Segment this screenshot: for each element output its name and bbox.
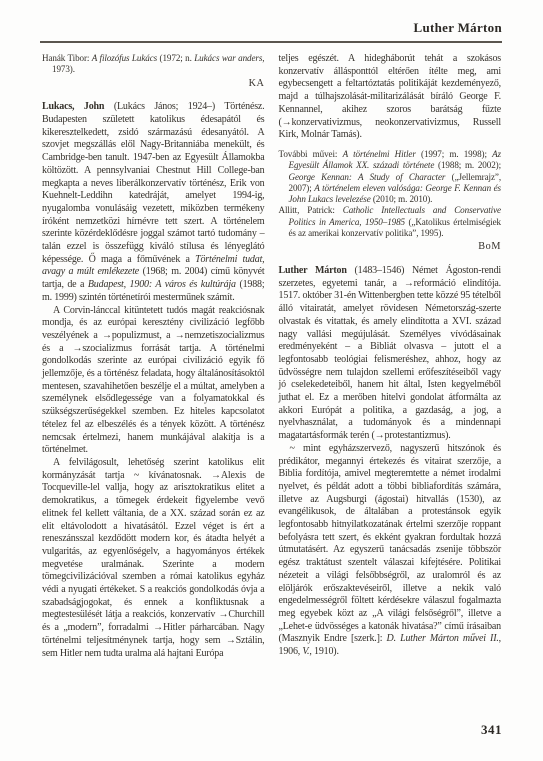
author-signature: BoM: [279, 241, 502, 254]
page-number: 341: [481, 722, 502, 738]
entry-paragraph: Lukacs, John (Lukács János; 1924–) Törté…: [42, 101, 265, 304]
header-rule: [40, 41, 502, 43]
running-title: Luther Márton: [413, 20, 502, 35]
entry-lukacs-john: Lukacs, John (Lukács János; 1924–) Törté…: [42, 101, 265, 660]
bibliography-entry: Hanák Tibor: A filozófus Lukács (1972; n…: [42, 53, 265, 76]
entry-paragraph-continuation: teljes egészét. A hidegháborút tehát a s…: [279, 53, 502, 142]
entry-paragraph: ~ mint egyházszervező, nagyszerű hitszón…: [279, 443, 502, 659]
left-column: Hanák Tibor: A filozófus Lukács (1972; n…: [42, 53, 265, 660]
text-columns: Hanák Tibor: A filozófus Lukács (1972; n…: [42, 53, 501, 660]
bibliography-entry: További művei: A történelmi Hitler (1997…: [279, 149, 502, 205]
entry-paragraph: A felvilágosult, lehetőség szerint katol…: [42, 457, 265, 660]
author-signature: KA: [42, 78, 265, 91]
lexicon-page: Luther Márton Hanák Tibor: A filozófus L…: [0, 0, 543, 761]
entry-paragraph: A Corvin-lánccal kitüntetett tudós magát…: [42, 305, 265, 457]
entry-luther-marton: Luther Márton (1483–1546) Német Ágoston-…: [279, 265, 502, 659]
bibliography-block: További művei: A történelmi Hitler (1997…: [279, 149, 502, 239]
running-header: Luther Márton: [40, 20, 502, 36]
entry-paragraph: Luther Márton (1483–1546) Német Ágoston-…: [279, 265, 502, 443]
bibliography-block: Hanák Tibor: A filozófus Lukács (1972; n…: [42, 53, 265, 76]
right-column: teljes egészét. A hidegháborút tehát a s…: [279, 53, 502, 660]
bibliography-entry: Allitt, Patrick: Catholic Intellectuals …: [279, 205, 502, 239]
